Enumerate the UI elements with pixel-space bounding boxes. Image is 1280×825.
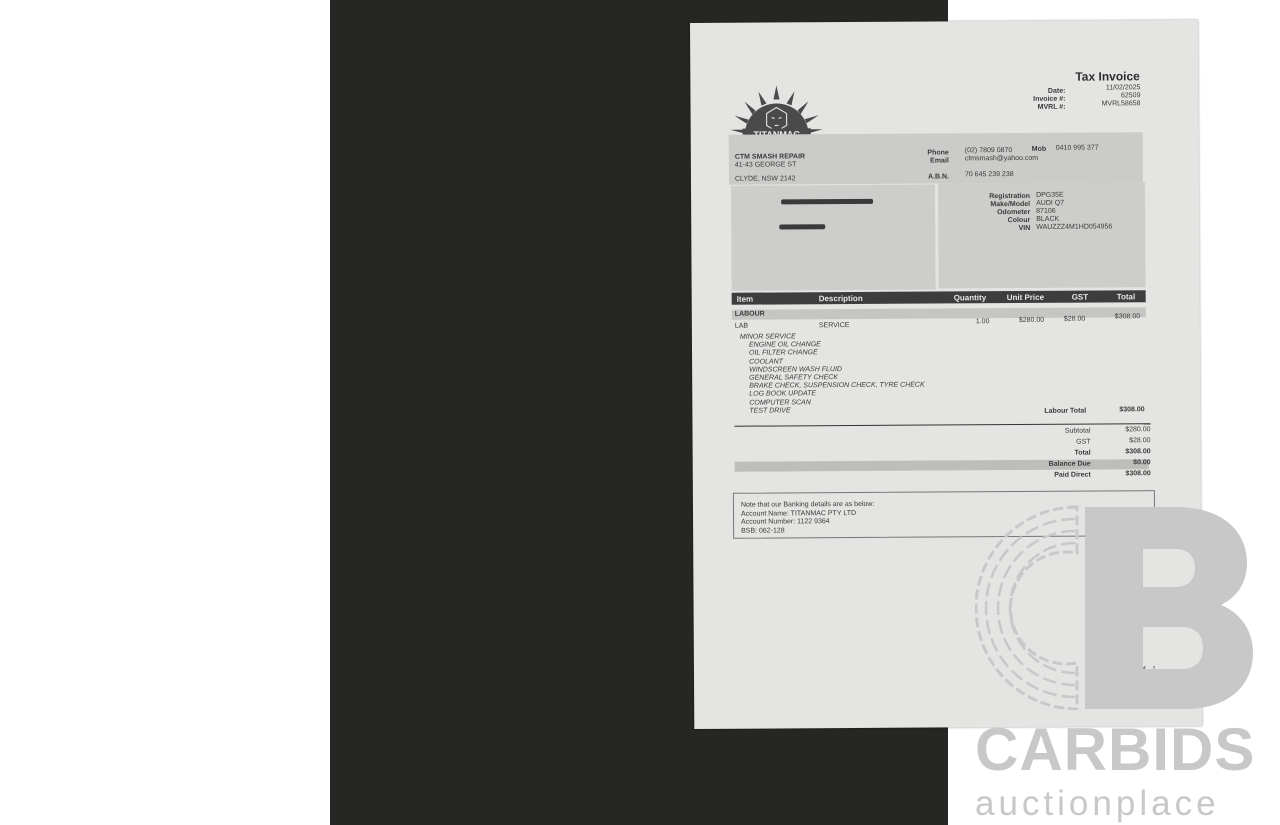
row-unit-price: $280.00 xyxy=(1019,317,1044,325)
customer-box xyxy=(731,185,936,291)
paid-direct-value: $308.00 xyxy=(1103,468,1151,479)
subtotal-label: Subtotal xyxy=(1022,426,1090,437)
vehicle-labels: Registration Make/Model Odometer Colour … xyxy=(958,193,1030,233)
vehicle-box: Registration Make/Model Odometer Colour … xyxy=(938,182,1146,288)
subtotal-value: $280.00 xyxy=(1102,424,1150,435)
vehicle-values: DPG35E AUDI Q7 87106 BLACK WAUZZZ4M1HD05… xyxy=(1036,191,1112,231)
business-address-1: 41-43 GEORGE ST xyxy=(735,161,797,169)
col-unit-price: Unit Price xyxy=(1007,293,1044,302)
notes-list: ENGINE OIL CHANGEOIL FILTER CHANGECOOLAN… xyxy=(749,341,925,416)
bank-intro: Note that our Banking details are as bel… xyxy=(741,501,875,510)
business-header: CTM SMASH REPAIR 41-43 GEORGE ST CLYDE, … xyxy=(729,132,1143,185)
gst-label: GST xyxy=(1023,437,1091,448)
email-label: Email xyxy=(919,157,949,165)
watermark-brand: CARBIDS xyxy=(975,715,1255,784)
email-value: ctmsmash@yahoo.com xyxy=(965,155,1038,163)
labour-total-value: $308.00 xyxy=(1119,406,1144,414)
vin-label: VIN xyxy=(958,225,1030,233)
col-quantity: Quantity xyxy=(954,293,987,302)
vin-value: WAUZZZ4M1HD054956 xyxy=(1036,223,1112,231)
carbids-watermark: CARBIDS auctionplace xyxy=(975,505,1255,824)
row-quantity: 1.00 xyxy=(976,318,990,326)
totals-labels: Subtotal GST Total Balance Due Paid Dire… xyxy=(1022,426,1090,481)
row-item: LAB xyxy=(735,323,748,331)
service-note: BRAKE CHECK, SUSPENSION CHECK, TYRE CHEC… xyxy=(749,382,924,391)
meta-labels: Date: Invoice #: MVRL #: xyxy=(1010,88,1065,112)
total-value: $308.00 xyxy=(1103,446,1151,457)
service-notes: MINOR SERVICE ENGINE OIL CHANGEOIL FILTE… xyxy=(734,333,925,416)
invoice-title: Tax Invoice xyxy=(1075,69,1140,83)
balance-due-label: Balance Due xyxy=(1023,459,1091,470)
labour-total-label: Labour Total xyxy=(1044,408,1086,416)
col-gst: GST xyxy=(1072,293,1089,302)
phone-label: Phone xyxy=(919,149,949,157)
balance-due-value: $0.00 xyxy=(1103,457,1151,468)
abn-value: 70 645 239 238 xyxy=(965,171,1014,179)
mob-label: Mob xyxy=(1032,146,1046,154)
abn-label: A.B.N. xyxy=(919,173,949,181)
gst-value: $28.00 xyxy=(1103,435,1151,446)
col-total: Total xyxy=(1117,292,1136,301)
mvrl-value: MVRL58658 xyxy=(1080,100,1140,108)
line-items-header: Item Description Quantity Unit Price GST… xyxy=(732,290,1146,305)
paid-direct-label: Paid Direct xyxy=(1023,470,1091,481)
watermark-tagline: auctionplace xyxy=(975,784,1255,824)
mob-value: 0410 995 377 xyxy=(1056,145,1099,153)
photo-background: Tax Invoice Date: Invoice #: MVRL #: 11/… xyxy=(330,0,948,825)
mvrl-label: MVRL #: xyxy=(1011,104,1066,112)
row-description: SERVICE xyxy=(819,322,850,330)
service-note: TEST DRIVE xyxy=(749,406,924,415)
col-item: Item xyxy=(737,295,754,304)
redacted-customer-phone xyxy=(779,224,825,229)
carbids-cb-logo-icon xyxy=(975,505,1255,710)
meta-values: 11/02/2025 62509 MVRL58658 xyxy=(1080,84,1140,108)
row-total: $308.00 xyxy=(1115,313,1140,321)
col-description: Description xyxy=(819,294,863,303)
totals-values: $280.00 $28.00 $308.00 $0.00 $308.00 xyxy=(1102,424,1150,479)
bank-bsb: BSB: 062-128 xyxy=(741,526,875,535)
category-labour: LABOUR xyxy=(735,311,765,318)
business-address-2: CLYDE, NSW 2142 xyxy=(735,175,796,183)
total-label: Total xyxy=(1023,448,1091,459)
row-gst: $28.00 xyxy=(1064,316,1085,324)
redacted-customer-name xyxy=(781,199,873,205)
